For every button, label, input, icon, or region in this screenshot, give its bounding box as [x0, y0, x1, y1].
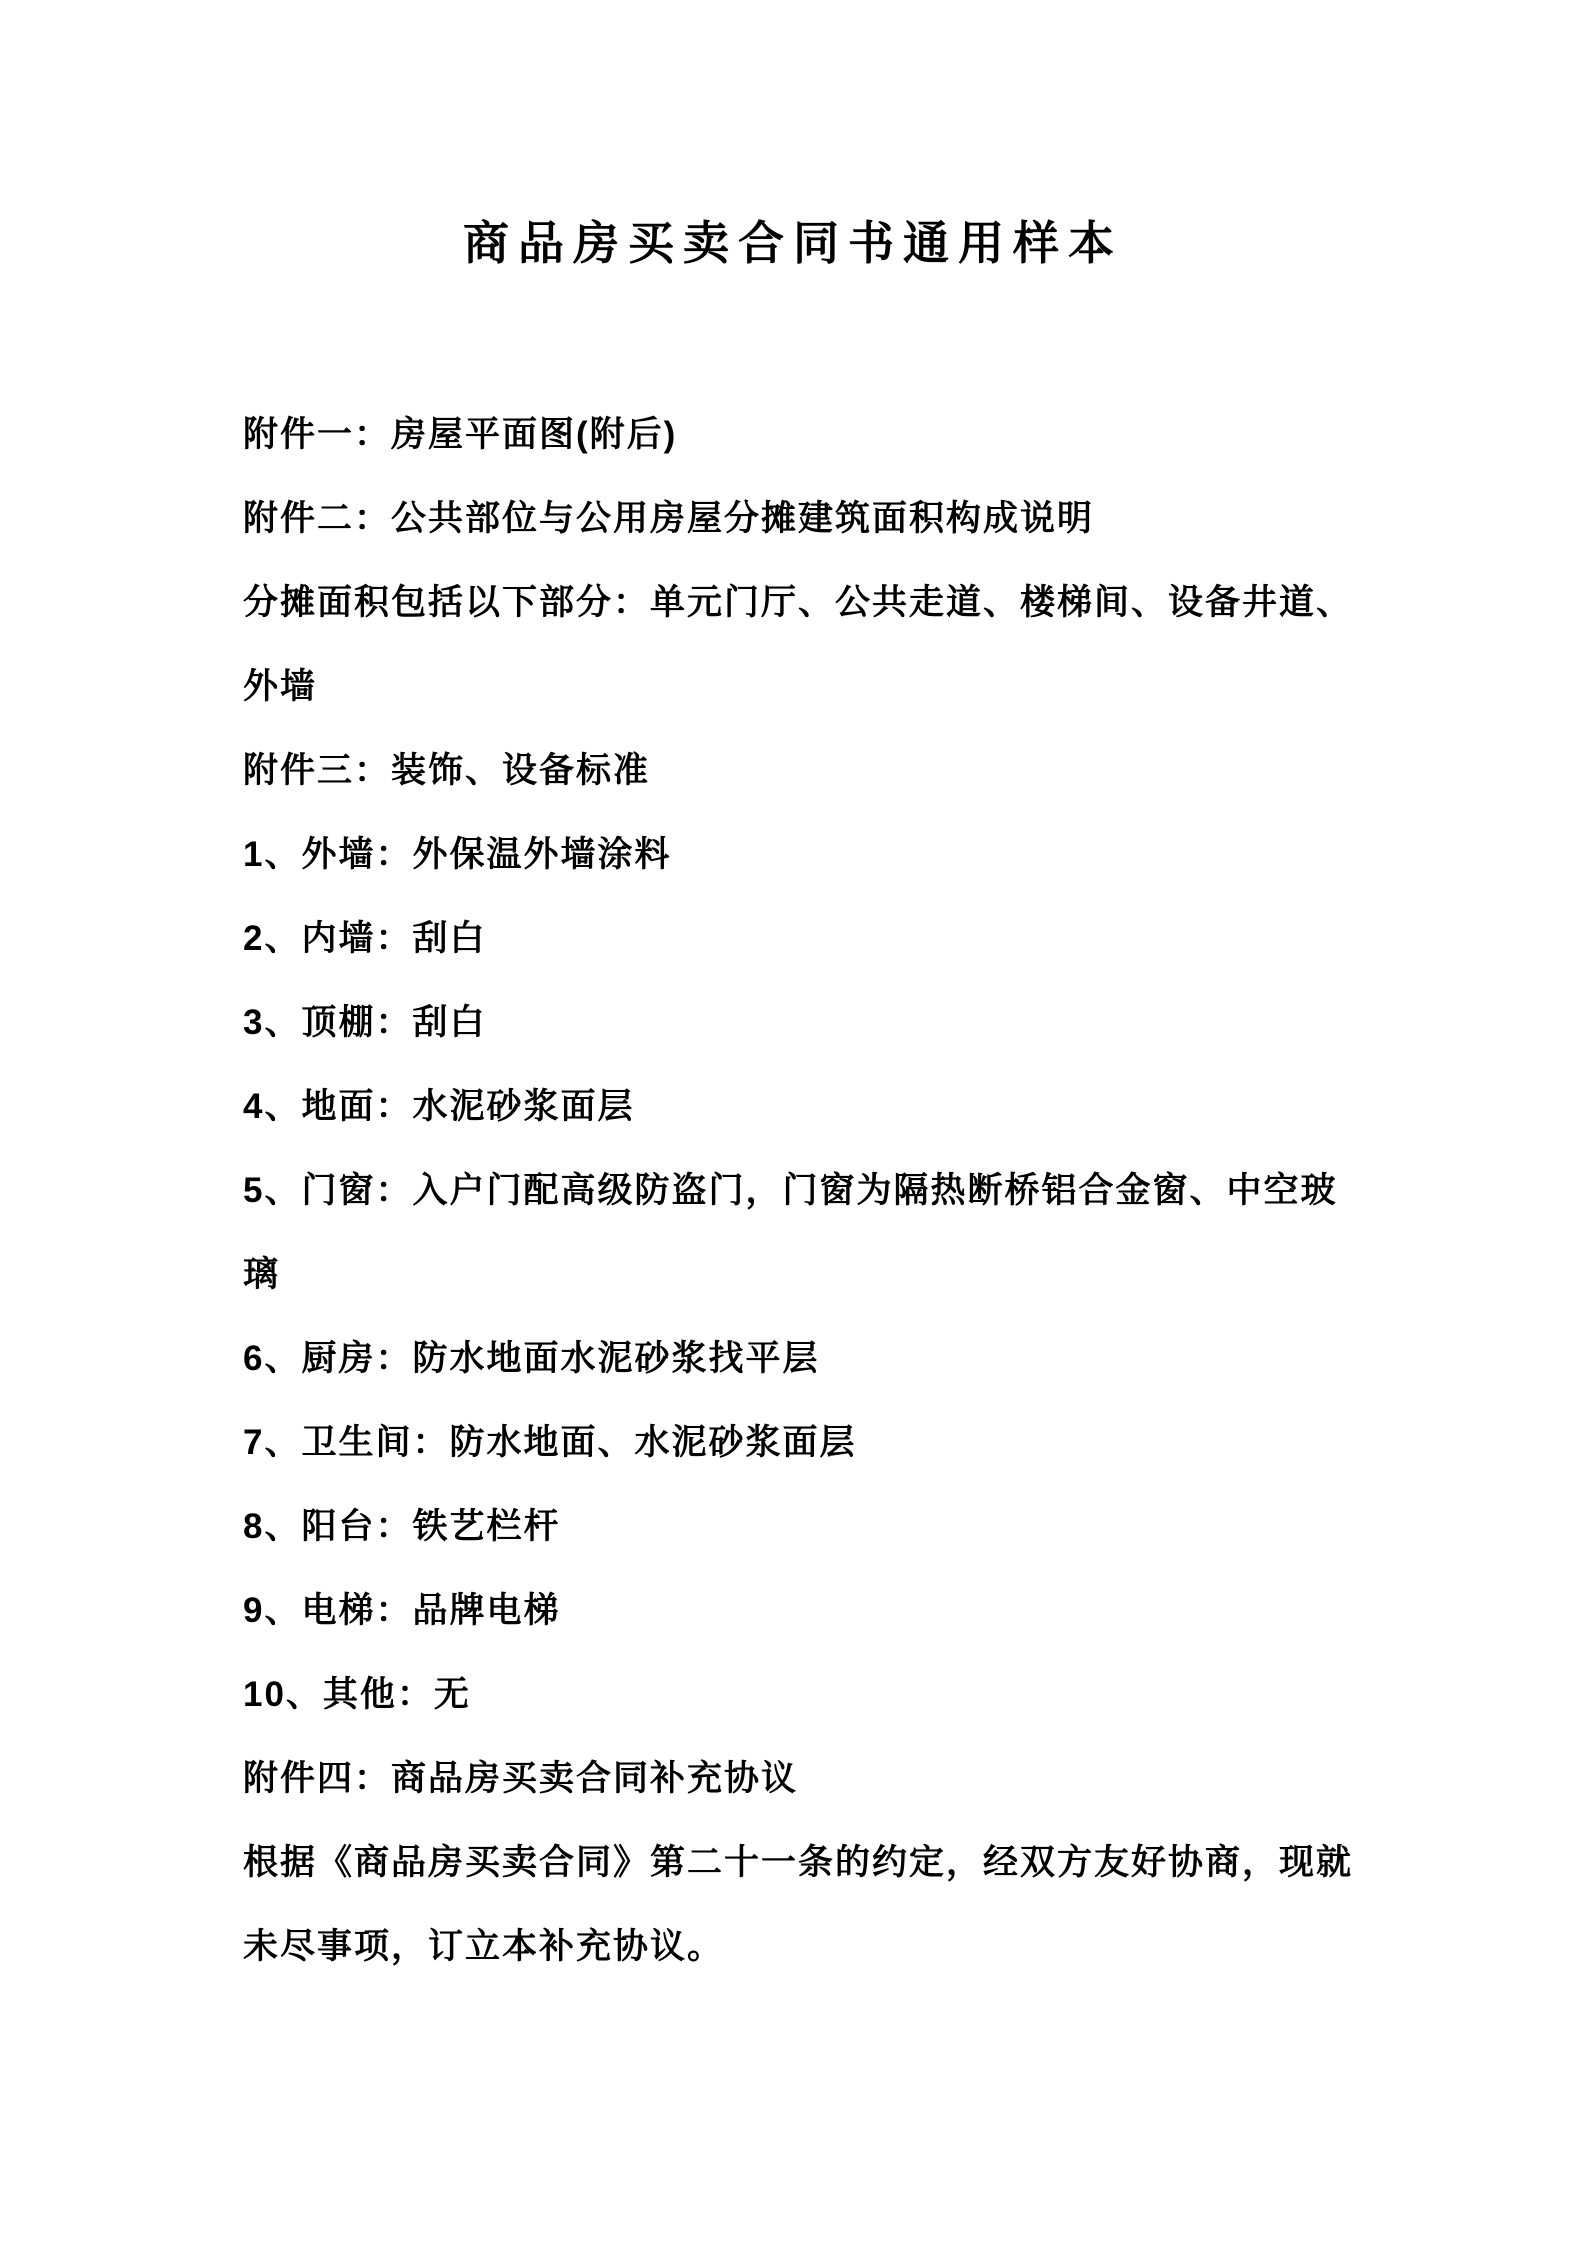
- document-body: 附件一：房屋平面图(附后)附件二：公共部位与公用房屋分摊建筑面积构成说明分摊面积…: [243, 393, 1363, 1989]
- document-line: 根据《商品房买卖合同》第二十一条的约定，经双方友好协商，现就: [243, 1821, 1363, 1905]
- document-line: 1、外墙：外保温外墙涂料: [243, 813, 1363, 897]
- document-line: 分摊面积包括以下部分：单元门厅、公共走道、楼梯间、设备井道、: [243, 561, 1363, 645]
- document-title: 商品房买卖合同书通用样本: [0, 203, 1586, 283]
- document-line: 7、卫生间：防水地面、水泥砂浆面层: [243, 1401, 1363, 1485]
- document-line: 附件三：装饰、设备标准: [243, 729, 1363, 813]
- document-line: 附件二：公共部位与公用房屋分摊建筑面积构成说明: [243, 477, 1363, 561]
- document-line: 5、门窗：入户门配高级防盗门，门窗为隔热断桥铝合金窗、中空玻: [243, 1149, 1363, 1233]
- document-line: 璃: [243, 1233, 1363, 1317]
- document-line: 外墙: [243, 645, 1363, 729]
- document-line: 附件四：商品房买卖合同补充协议: [243, 1737, 1363, 1821]
- document-line: 2、内墙：刮白: [243, 897, 1363, 981]
- document-line: 10、其他：无: [243, 1653, 1363, 1737]
- document-line: 3、顶棚：刮白: [243, 981, 1363, 1065]
- document-line: 未尽事项，订立本补充协议。: [243, 1905, 1363, 1989]
- document-page: 商品房买卖合同书通用样本 附件一：房屋平面图(附后)附件二：公共部位与公用房屋分…: [0, 0, 1586, 2244]
- document-line: 4、地面：水泥砂浆面层: [243, 1065, 1363, 1149]
- document-line: 6、厨房：防水地面水泥砂浆找平层: [243, 1317, 1363, 1401]
- document-line: 附件一：房屋平面图(附后): [243, 393, 1363, 477]
- document-line: 9、电梯：品牌电梯: [243, 1569, 1363, 1653]
- document-line: 8、阳台：铁艺栏杆: [243, 1485, 1363, 1569]
